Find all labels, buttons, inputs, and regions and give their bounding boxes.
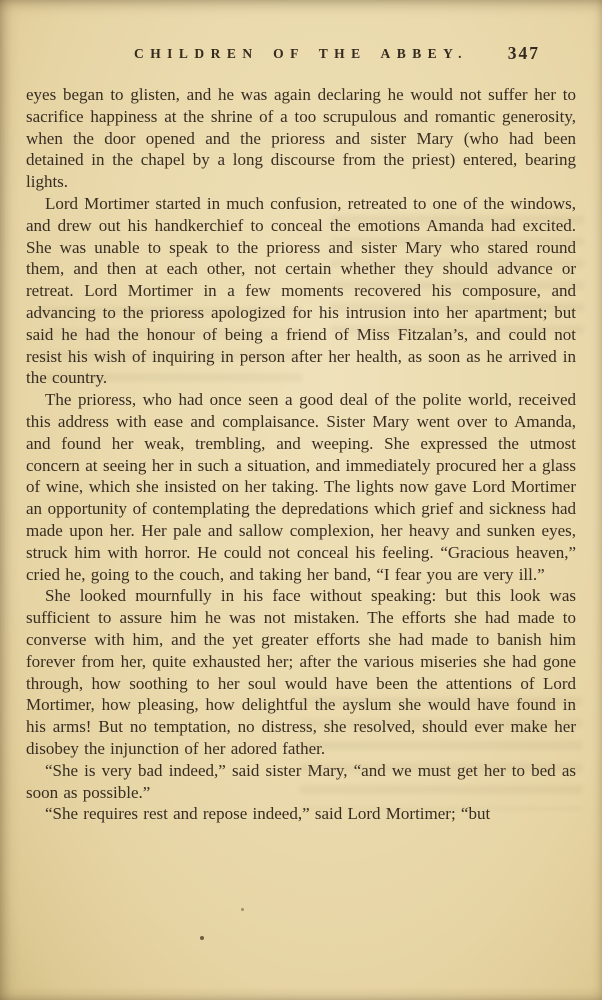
paragraph: She looked mournfully in his face withou… [26, 585, 576, 759]
paragraph: The prioress, who had once seen a good d… [26, 389, 576, 585]
page-number: 347 [508, 43, 540, 64]
page-body: eyes began to glisten, and he was again … [26, 84, 576, 825]
book-page: CHILDREN OF THE ABBEY. 347 eyes began to… [0, 0, 602, 1000]
paragraph: “She is very bad indeed,” said sister Ma… [26, 760, 576, 804]
running-title: CHILDREN OF THE ABBEY. [134, 46, 468, 62]
paragraph-continuation: eyes began to glisten, and he was again … [26, 84, 576, 193]
paragraph: Lord Mortimer started in much confusion,… [26, 193, 576, 389]
page-header: CHILDREN OF THE ABBEY. 347 [26, 44, 576, 66]
paper-speck [241, 908, 244, 911]
paragraph: “She requires rest and repose indeed,” s… [26, 803, 576, 825]
paper-speck [200, 936, 204, 940]
